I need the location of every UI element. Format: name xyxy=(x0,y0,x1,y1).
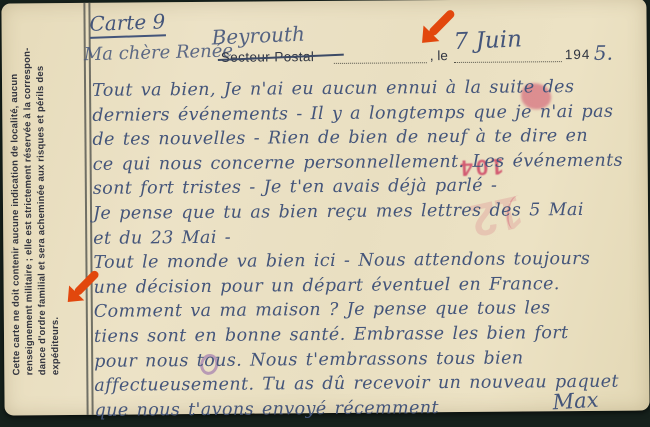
card-number: Carte 9 xyxy=(89,9,166,39)
margin-notice: Cette carte ne doit contenir aucune indi… xyxy=(8,29,65,375)
postcard: Cette carte ne doit contenir aucune indi… xyxy=(1,0,649,416)
body-line: tiens sont en bonne santé. Embrasse les … xyxy=(94,320,650,349)
dotted-leader xyxy=(454,60,562,63)
year-printed: 194 xyxy=(565,47,591,62)
margin-notice-line: dance d'ordre familial et sera acheminée… xyxy=(34,29,50,375)
body-line: Tout le monde va bien ici - Nous attendo… xyxy=(93,247,650,276)
body-line: Tout va bien, Je n'ai eu aucun ennui à l… xyxy=(92,74,650,103)
year-handwritten: 5. xyxy=(594,41,613,65)
body-line: Je pense que tu as bien reçu mes lettres… xyxy=(93,197,650,226)
city-name: Beyrouth xyxy=(211,22,305,50)
body-text: Tout va bien, Je n'ai eu aucun ennui à l… xyxy=(92,74,650,423)
dotted-leader xyxy=(334,61,427,64)
body-line: ce qui nous concerne personnellement. Le… xyxy=(93,148,650,177)
margin-notice-line: expéditeurs. xyxy=(47,29,63,375)
date-handwritten: 7 Juin xyxy=(453,26,522,55)
salutation: Ma chère Renée xyxy=(84,40,234,65)
le-label: , le xyxy=(430,48,448,63)
annotation-arrow-icon xyxy=(414,8,456,50)
signature: Max xyxy=(552,388,599,415)
